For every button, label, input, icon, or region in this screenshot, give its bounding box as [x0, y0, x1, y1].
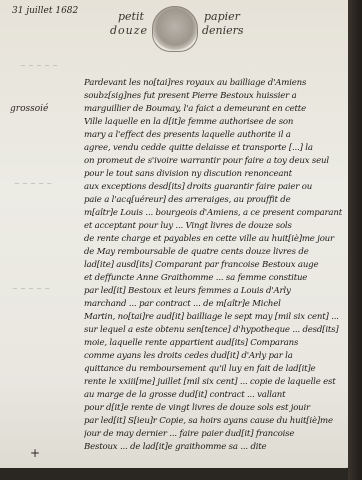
text-line: paie a l'acq[uéreur] des arreraiges, au … [84, 195, 346, 205]
seal-emblem-icon [152, 6, 198, 52]
text-line: soubz[sig]nes fut present Pierre Bestoux… [84, 91, 346, 101]
text-line: Martin, no[tai]re aud[it] bailliage le s… [84, 312, 346, 322]
text-line: quittance du remboursement qu'il luy en … [84, 364, 346, 374]
text-line: de rente charge et payables en cette vil… [84, 234, 346, 244]
bleed-through-text: ~ ~ ~ ~ ~ [20, 62, 58, 70]
text-line: on promeut de s'ivoire warrantir pour fa… [84, 156, 346, 166]
text-line: jour de may dernier ... faire paier dud[… [84, 429, 346, 439]
text-line: pour d[it]e rente de vingt livres de dou… [84, 403, 346, 413]
text-line: m[aîtr]e Louis ... bourgeois d'Amiens, a… [84, 208, 346, 218]
page-edge-shadow [348, 0, 362, 480]
text-line: Ville laquelle en la d[it]e femme author… [84, 117, 346, 127]
stamp-text-douze: douze [110, 24, 148, 37]
text-line: et acceptant pour luy ... Vingt livres d… [84, 221, 346, 231]
text-line: marchand ... par contract ... de m[aîtr]… [84, 299, 346, 309]
text-line: marguillier de Boumay, l'a faict a demeu… [84, 104, 346, 114]
text-line: par led[it] S[ieu]r Copie, sa hoirs ayan… [84, 416, 346, 426]
text-line: pour le tout sans division ny discution … [84, 169, 346, 179]
text-line: rente le xxiii[me] juillet [mil six cent… [84, 377, 346, 387]
document-page: 31 juillet 1682 petit douze papier denie… [0, 0, 352, 468]
text-line: et deffuncte Anne Graithomme ... sa femm… [84, 273, 346, 283]
stamp-text-deniers: deniers [202, 24, 244, 37]
text-line: par led[it] Bestoux et leurs femmes a Lo… [84, 286, 346, 296]
text-line: Pardevant les no[tai]res royaux au baill… [84, 78, 346, 88]
text-line: comme ayans les droits cedes dud[it] d'A… [84, 351, 346, 361]
date-annotation: 31 juillet 1682 [12, 6, 78, 16]
margin-note-grossoie: grossoié [10, 104, 48, 114]
text-line: aux exceptions desd[its] droits guaranti… [84, 182, 346, 192]
text-line: sur lequel a este obtenu sen[tence] d'hy… [84, 325, 346, 335]
text-line: agree, vendu cedde quitte delaisse et tr… [84, 143, 346, 153]
bleed-through-text: ~ ~ ~ ~ ~ [12, 285, 50, 293]
text-line: Bestoux ... de lad[it]e graithomme sa ..… [84, 442, 346, 452]
text-line: de May remboursable de quatre cents douz… [84, 247, 346, 257]
text-line: moie, laquelle rente appartient aud[its]… [84, 338, 346, 348]
margin-cross-mark: + [30, 446, 40, 460]
text-line: au marge de la grosse dud[it] contract .… [84, 390, 346, 400]
tax-stamp: petit douze papier deniers [106, 10, 246, 50]
stamp-text-petit: petit [118, 10, 144, 23]
text-line: lad[ite] ausd[its] Comparant par francoi… [84, 260, 346, 270]
bleed-through-text: ~ ~ ~ ~ ~ [14, 180, 52, 188]
text-line: mary a l'effect des presents laquelle au… [84, 130, 346, 140]
stamp-text-papier: papier [204, 10, 240, 23]
